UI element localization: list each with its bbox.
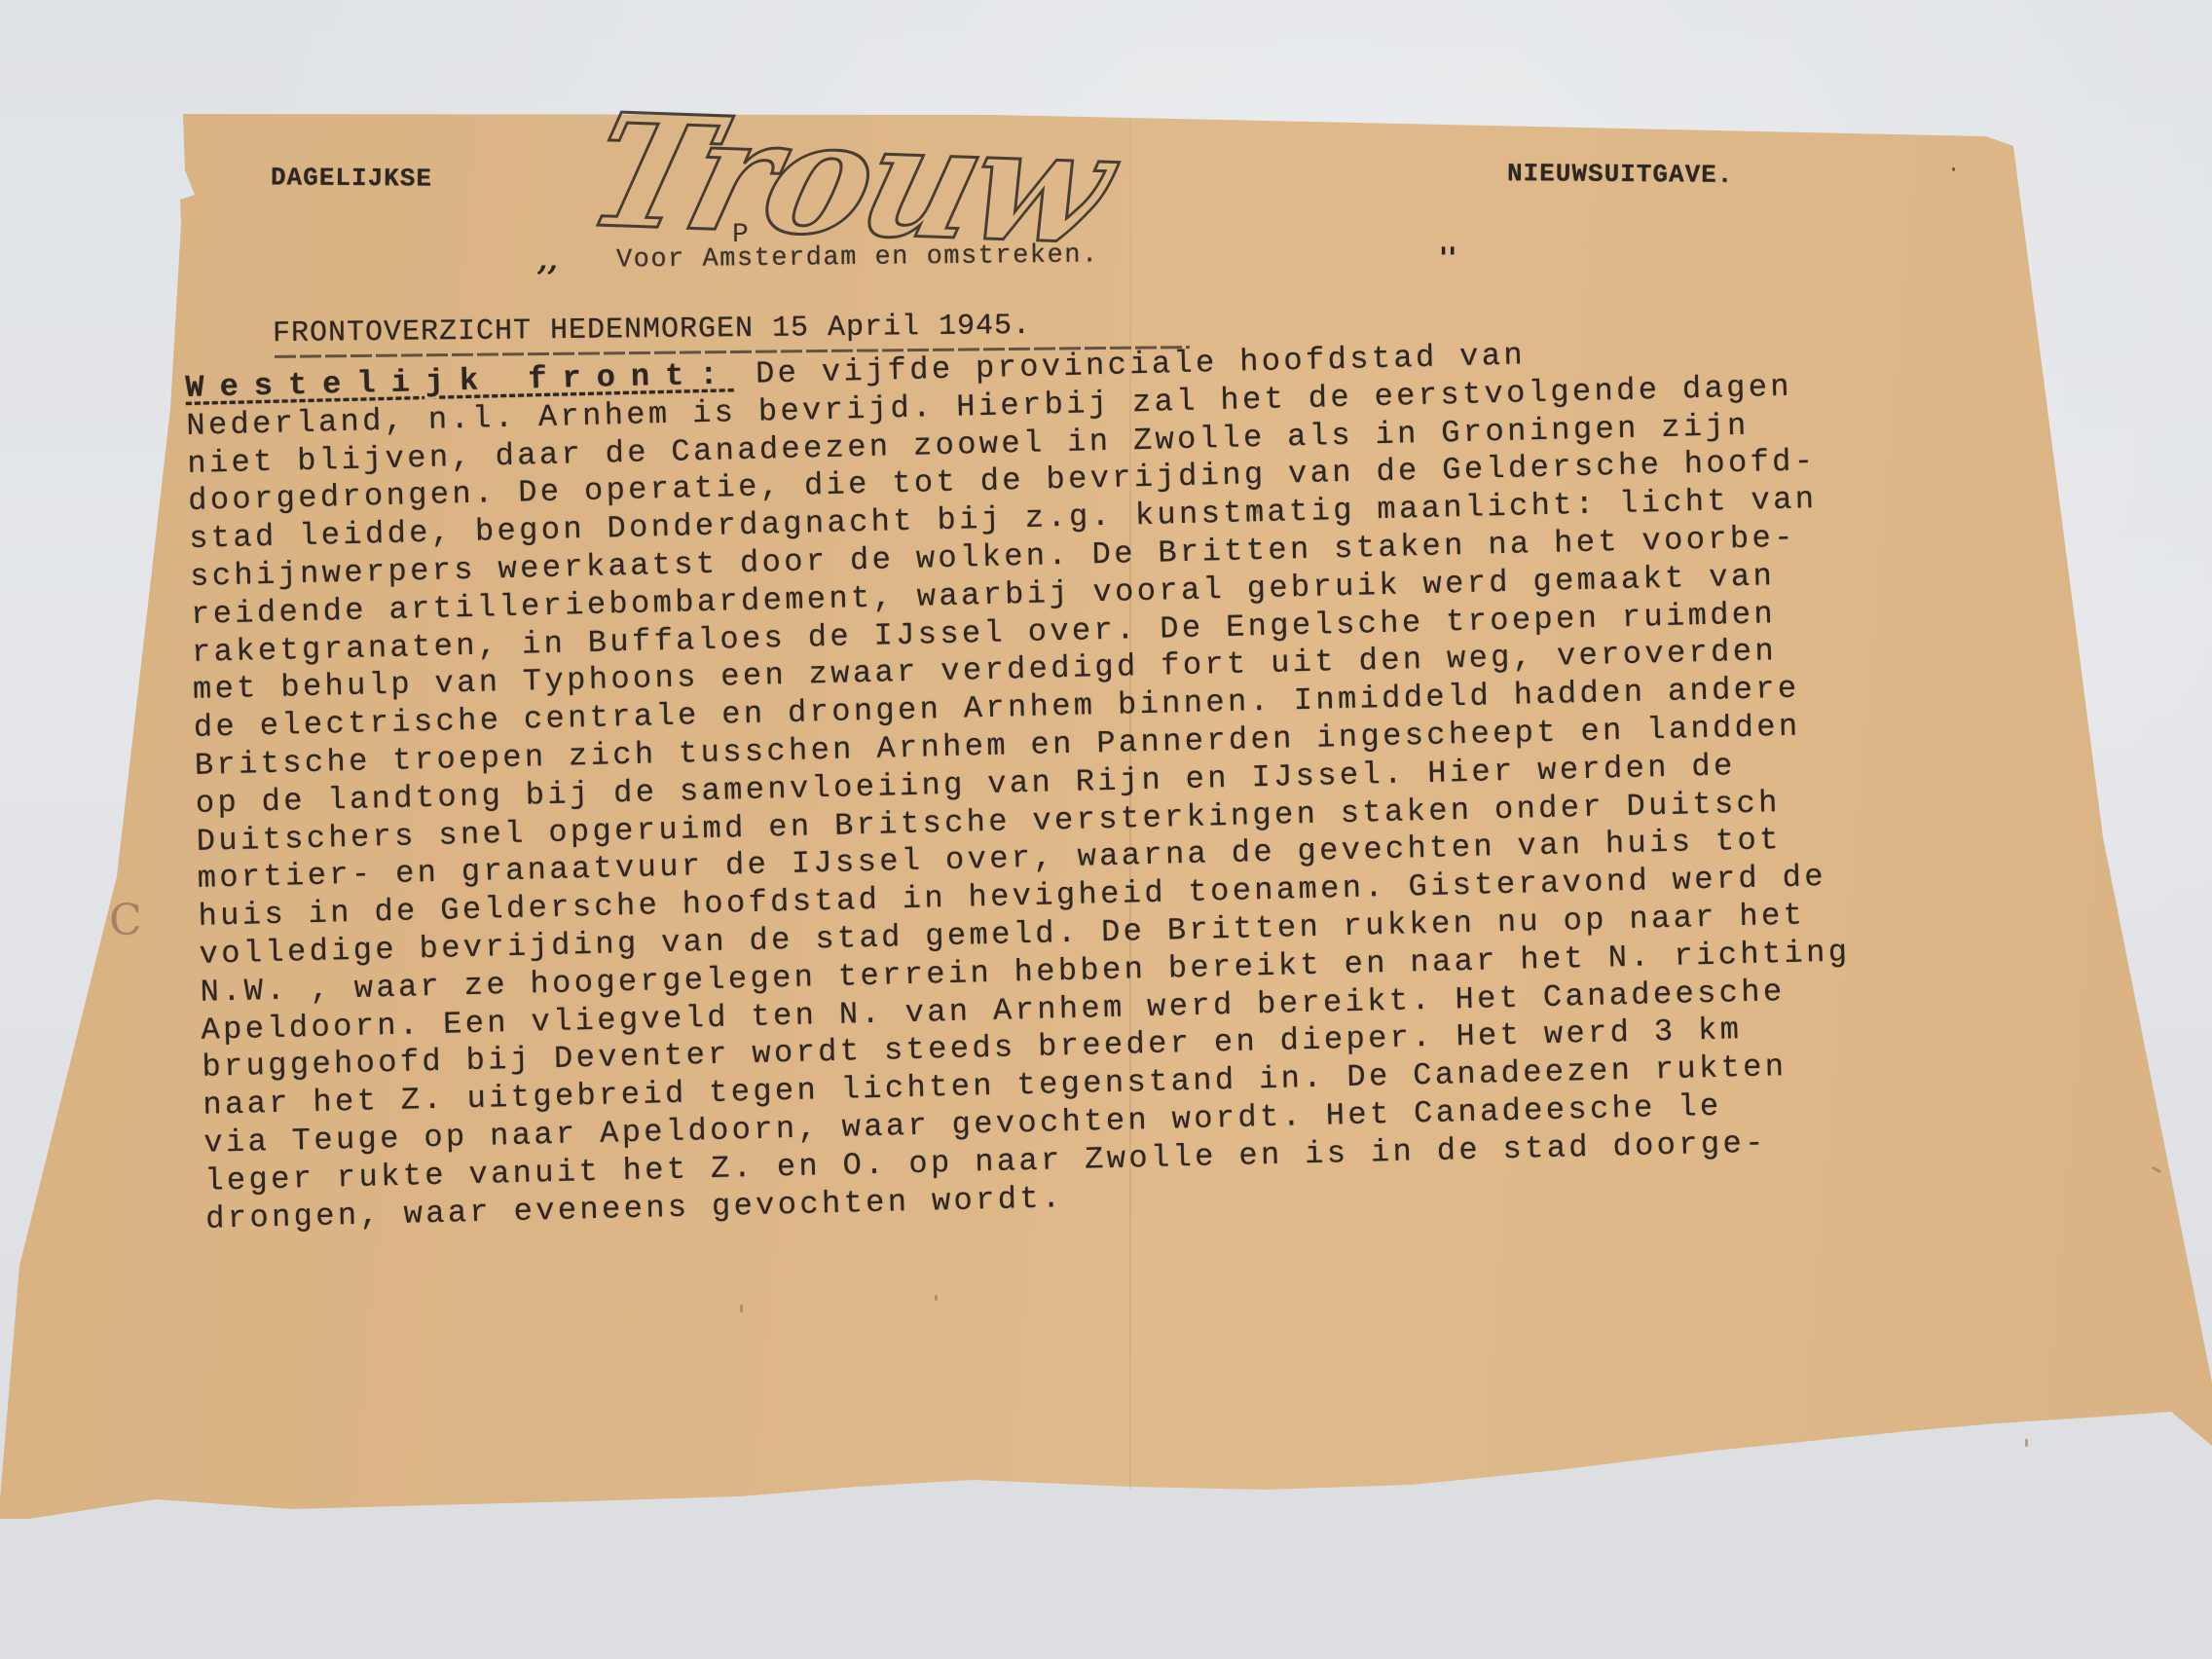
masthead-tagline: Voor Amsterdam en omstreken. [616, 240, 1099, 275]
front-overview-heading: FRONTOVERZICHT HEDENMORGEN 15 April 1945… [273, 310, 1031, 350]
opening-quote-mark: ,, [537, 243, 558, 277]
document-content: DAGELIJKSE Trouw P ,, Voor Amsterdam en … [0, 0, 2212, 1659]
closing-quote-mark: '' [1439, 241, 1456, 276]
corner-ink-mark: · [1947, 158, 1960, 182]
article-body: Westelijk front: De vijfde provinciale h… [185, 325, 2055, 1238]
header-news-edition-label: NIEUWSUITGAVE. [1507, 159, 1734, 190]
header-daily-label: DAGELIJKSE [271, 163, 432, 193]
margin-pencil-mark: C [109, 896, 142, 945]
